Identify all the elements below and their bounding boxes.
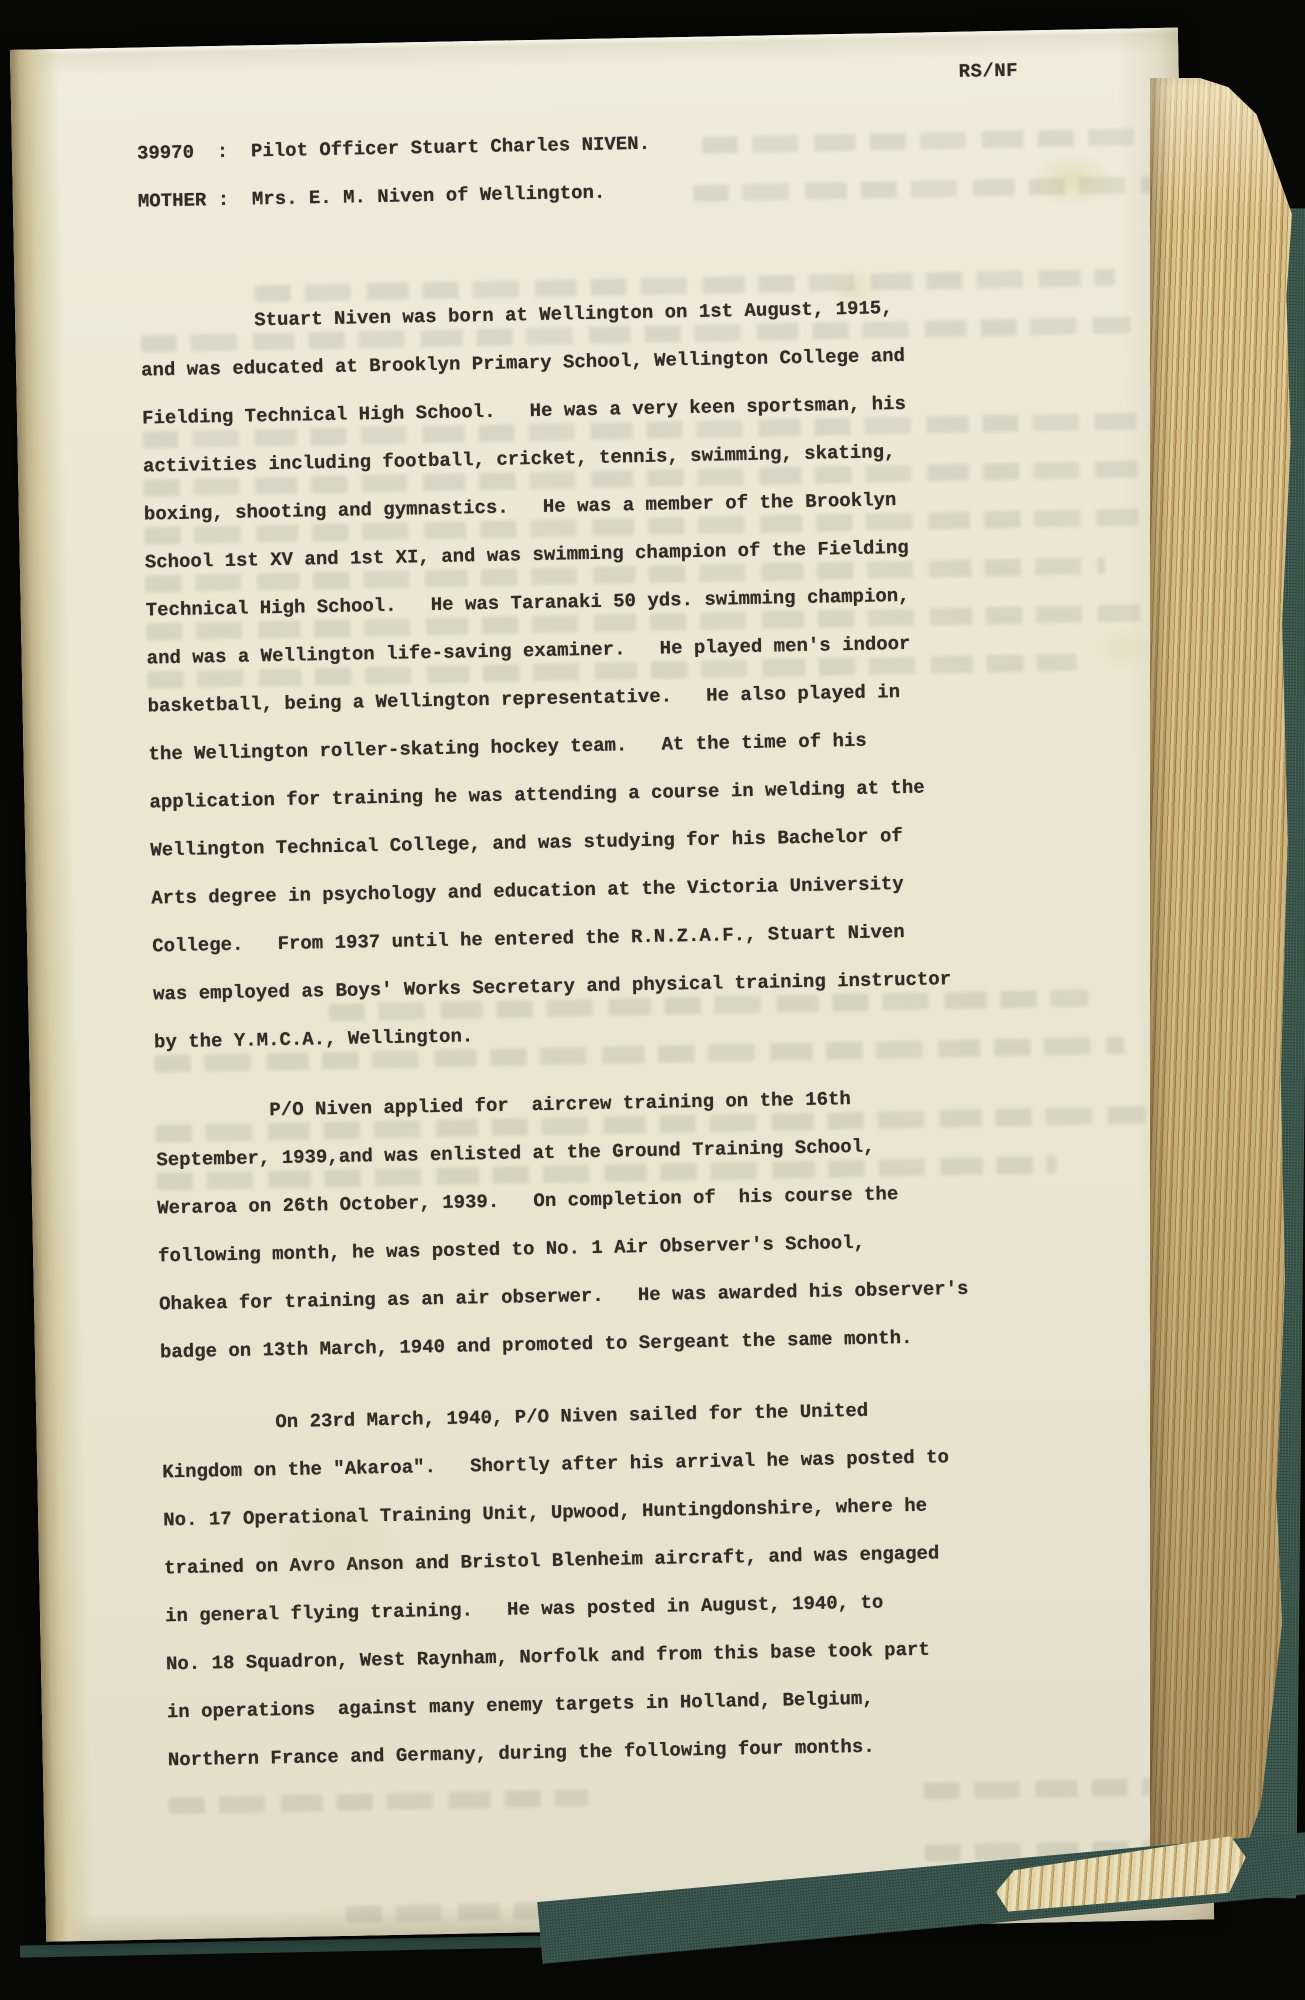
typed-text-block: 39970 : Pilot Officer Stuart Charles NIV… [137,113,1049,1785]
record-header: 39970 : Pilot Officer Stuart Charles NIV… [137,113,1019,226]
typed-text-area: RS/NF 39970 : Pilot Officer Stuart Charl… [10,28,1214,1942]
ghost-text-smudge [169,1789,589,1814]
scanned-book-photo: RS/NF 39970 : Pilot Officer Stuart Charl… [0,0,1305,2000]
document-page: RS/NF 39970 : Pilot Officer Stuart Charl… [10,28,1214,1942]
reference-code: RS/NF [958,47,1018,96]
ghost-text-smudge [923,1778,1183,1800]
paragraph-overseas-service: On 23rd March, 1940, P/O Niven sailed fo… [161,1383,1048,1784]
page-stack-fore-edge [1150,78,1292,1896]
